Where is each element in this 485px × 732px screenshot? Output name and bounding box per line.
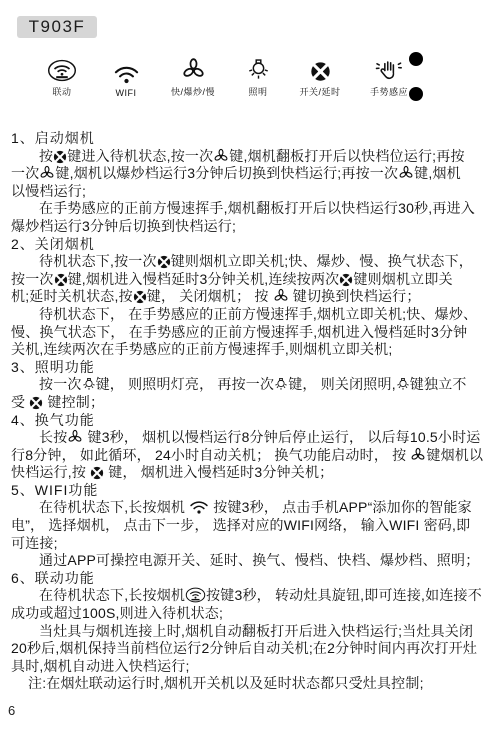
text-line: 具时,烟机自动进入快档运行; (11, 658, 481, 676)
fan-icon (67, 429, 83, 445)
gesture-icon (374, 57, 404, 82)
text-run: 键3秒， 烟机以慢档运行8分钟后停止运行， 以后每10.5小时运 (83, 429, 480, 445)
dot-marker-top (409, 52, 423, 66)
linkage-icon (47, 59, 77, 82)
text-run: 通过APP可操控电源开关、延时、换气、慢档、快档、爆炒档、照明； (39, 552, 479, 568)
text-line: 可连接; (11, 535, 481, 553)
legend-label: WIFI (116, 88, 137, 98)
power-icon (53, 150, 67, 164)
text-run: 键独立不 (410, 376, 467, 392)
text-run: 具时,烟机自动进入快档运行; (11, 658, 190, 674)
text-line: 在手势感应的正前方慢速挥手,烟机翻板打开后以快档运行30秒,再进入 (11, 200, 481, 218)
power-icon (310, 61, 331, 82)
text-run: 待机状态下， 在手势感应的正前方慢速挥手,烟机立即关机;快、爆炒、 (39, 306, 477, 322)
fan-icon (181, 57, 206, 82)
lamp-icon (396, 377, 410, 392)
text-run: 电”， 选择烟机， 点击下一步， 选择对应的WIFI网络， 输入WIFI 密码,… (11, 517, 470, 533)
text-run: 成功或超过100S,则进入待机状态; (11, 605, 223, 621)
text-run: 待机状态下,按一次 (39, 253, 157, 269)
dot-marker-bottom (409, 87, 423, 101)
text-run: 键进入待机状态,按一次 (67, 148, 213, 164)
text-run: 受 (11, 394, 29, 410)
text-line: 在待机状态下,长按烟机按键3秒， 转动灶具旋钮,即可连接,如连接不 (11, 587, 481, 605)
text-run: 键烟机以 (426, 447, 483, 463)
text-line: 以慢档运行; (11, 183, 481, 201)
text-run: 键,烟机 (414, 165, 461, 181)
text-run: 在待机状态下,长按烟机 (39, 499, 189, 515)
text-run: 在待机状态下,长按烟机 (39, 587, 185, 603)
section-heading: 4、换气功能 (11, 412, 481, 430)
text-run: 按键3秒， 转动灶具旋钮,即可连接,如连接不 (206, 587, 482, 603)
text-run: 长按 (39, 429, 67, 445)
text-line: 爆炒档运行3分钟后切换到快档运行; (11, 218, 481, 236)
section-heading: 3、照明功能 (11, 359, 481, 377)
text-run: 慢、换气状态下， 在手势感应的正前方慢速挥手,烟机进入慢档延时3分钟 (11, 324, 467, 340)
fan-icon (39, 165, 55, 181)
power-icon (339, 273, 353, 287)
text-run: 20秒后,烟机保持当前档位运行2分钟后自动关机;在2分钟时间内再次打开灶 (11, 640, 477, 656)
text-line: 通过APP可操控电源开关、延时、换气、慢档、快档、爆炒档、照明； (11, 552, 481, 570)
power-icon (157, 255, 171, 269)
text-run: 机;延时关机状态,按 (11, 288, 133, 304)
text-line: 行8分钟， 如此循环， 24小时自动关机； 换气功能启动时， 按 键烟机以 (11, 447, 481, 465)
legend-label: 联动 (52, 85, 71, 98)
legend-label: 照明 (248, 85, 267, 98)
legend-label: 手势感应 (370, 85, 408, 98)
fan-icon (410, 447, 426, 463)
text-run: 按一次 (39, 376, 82, 392)
text-line: 在待机状态下,长按烟机 按键3秒， 点击手机APP“添加你的智能家 (11, 499, 481, 517)
text-run: 键,烟机翻板打开后以快档位运行;再按 (229, 148, 464, 164)
power-icon (29, 396, 43, 410)
page-number: 6 (8, 703, 15, 718)
text-run: 行8分钟， 如此循环， 24小时自动关机； 换气功能启动时， 按 (11, 447, 410, 463)
text-line: 注:在烟灶联动运行时,烟机开关机以及延时状态都只受灶具控制; (11, 675, 481, 693)
legend-label: 快/爆炒/慢 (171, 85, 215, 98)
text-run: 在手势感应的正前方慢速挥手,烟机翻板打开后以快档运行30秒,再进入 (39, 200, 475, 216)
text-run: 键控制； (43, 394, 104, 410)
text-run: 键则烟机立即关机;快、爆炒、慢、换气状态下， (171, 253, 473, 269)
text-run: 键， 则关闭照明, (288, 376, 396, 392)
section-heading: 1、启动烟机 (11, 130, 481, 148)
legend-label: 开关/延时 (299, 85, 340, 98)
section-heading: 6、联动功能 (11, 570, 481, 588)
text-line: 快档运行,按 键， 烟机进入慢档延时3分钟关机； (11, 464, 481, 482)
lamp-icon (274, 377, 288, 392)
text-run: 按 (39, 148, 53, 164)
text-run: 快档运行,按 (11, 464, 90, 480)
text-run: 键,烟机以爆炒档运行3分钟后切换到快档运行;再按一次 (55, 165, 398, 181)
wifi-icon (189, 500, 209, 515)
text-line: 慢、换气状态下， 在手势感应的正前方慢速挥手,烟机进入慢档延时3分钟 (11, 324, 481, 342)
section-heading: 2、关闭烟机 (11, 236, 481, 254)
text-run: 键则烟机立即关 (353, 271, 452, 287)
wifi-icon (113, 65, 140, 85)
text-run: 一次 (11, 165, 39, 181)
text-run: 按一次 (11, 271, 54, 287)
instructions-body: 1、启动烟机按键进入待机状态,按一次键,烟机翻板打开后以快档位运行;再按一次键,… (11, 130, 481, 693)
fan-icon (398, 165, 414, 181)
model-badge: T903F (17, 16, 97, 38)
text-run: 关机,连续两次在手势感应的正前方慢速挥手,则烟机立即关机; (11, 341, 392, 357)
section-heading: 5、WIFI功能 (11, 482, 481, 500)
text-run: 可连接; (11, 535, 58, 551)
text-line: 待机状态下,按一次键则烟机立即关机;快、爆炒、慢、换气状态下， (11, 253, 481, 271)
text-line: 关机,连续两次在手势感应的正前方慢速挥手,则烟机立即关机; (11, 341, 481, 359)
model-label: T903F (29, 17, 86, 37)
fan-icon (273, 288, 289, 304)
text-run: 键， 则照明灯亮， 再按一次 (96, 376, 275, 392)
text-line: 按一次键,烟机进入慢档延时3分钟关机,连续按两次键则烟机立即关 (11, 271, 481, 289)
text-line: 按一次键， 则照明灯亮， 再按一次键， 则关闭照明,键独立不 (11, 376, 481, 394)
linkage-icon (185, 587, 206, 603)
text-line: 当灶具与烟机连接上时,烟机自动翻板打开后进入快档运行;当灶具关闭 (11, 623, 481, 641)
text-run: 键,烟机进入慢档延时3分钟关机,连续按两次 (68, 271, 340, 287)
manual-page: T903F 联动WIFI快/爆炒/慢照明开关/延时手势感应 1、启动烟机按键进入… (0, 0, 485, 732)
fan-icon (213, 148, 229, 164)
text-run: 键， 烟机进入慢档延时3分钟关机； (104, 464, 333, 480)
text-line: 一次键,烟机以爆炒档运行3分钟后切换到快档运行;再按一次键,烟机 (11, 165, 481, 183)
text-line: 电”， 选择烟机， 点击下一步， 选择对应的WIFI网络， 输入WIFI 密码,… (11, 517, 481, 535)
lamp-icon (247, 58, 270, 82)
text-run: 当灶具与烟机连接上时,烟机自动翻板打开后进入快档运行;当灶具关闭 (39, 623, 473, 639)
text-line: 20秒后,烟机保持当前档位运行2分钟后自动关机;在2分钟时间内再次打开灶 (11, 640, 481, 658)
text-run: 爆炒档运行3分钟后切换到快档运行; (11, 218, 236, 234)
power-icon (54, 273, 68, 287)
text-run: 以慢档运行; (11, 183, 86, 199)
text-run: 注:在烟灶联动运行时,烟机开关机以及延时状态都只受灶具控制; (28, 675, 424, 691)
text-line: 待机状态下， 在手势感应的正前方慢速挥手,烟机立即关机;快、爆炒、 (11, 306, 481, 324)
text-line: 受 键控制； (11, 394, 481, 412)
text-line: 机;延时关机状态,按键， 关闭烟机； 按 键切换到快档运行； (11, 288, 481, 306)
power-icon (90, 466, 104, 480)
text-line: 成功或超过100S,则进入待机状态; (11, 605, 481, 623)
lamp-icon (82, 377, 96, 392)
text-run: 按键3秒， 点击手机APP“添加你的智能家 (209, 499, 472, 515)
text-run: 键切换到快档运行； (289, 288, 421, 304)
text-run: 键， 关闭烟机； 按 (147, 288, 273, 304)
text-line: 按键进入待机状态,按一次键,烟机翻板打开后以快档位运行;再按 (11, 148, 481, 166)
power-icon (133, 290, 147, 304)
text-line: 长按 键3秒， 烟机以慢档运行8分钟后停止运行， 以后每10.5小时运 (11, 429, 481, 447)
